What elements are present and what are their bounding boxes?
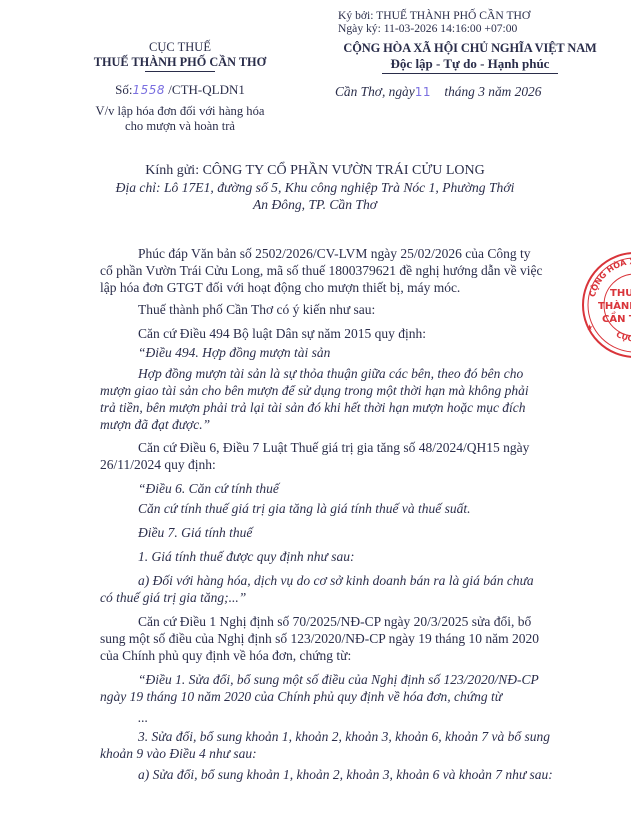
date-suffix: tháng 3 năm 2026 <box>444 84 541 99</box>
subject-line-1: V/v lập hóa đơn đối với hàng hóa <box>60 104 300 119</box>
svg-text:CỤC T: CỤC T <box>615 330 631 344</box>
text-line: 3. Sửa đổi, bổ sung khoản 1, khoản 2, kh… <box>100 728 565 745</box>
svg-text:CẦN THƠ: CẦN THƠ <box>602 311 631 325</box>
text-line: Hợp đồng mượn tài sản là sự thỏa thuận g… <box>100 365 565 382</box>
svg-text:THÀNH PHỐ: THÀNH PHỐ <box>598 297 631 312</box>
paragraph-decree-basis: Căn cứ Điều 1 Nghị định số 70/2025/NĐ-CP… <box>100 613 565 664</box>
seal-icon: CỘNG HÒA X.H. CỤC T THUẾ THÀNH PHỐ CẦN T… <box>580 250 631 360</box>
text-line: có thuế giá trị gia tăng;...” <box>100 589 565 606</box>
text-line: mượn đã đạt được.” <box>100 416 565 433</box>
quote-article-7-clause-1: 1. Giá tính thuế được quy định như sau: <box>100 548 565 565</box>
text-line: Phúc đáp Văn bản số 2502/2026/CV-LVM ngà… <box>100 245 565 262</box>
text-line: trả tiền, bên mượn phải trả lại tài sản … <box>100 399 565 416</box>
address-line-1: Địa chỉ: Lô 17E1, đường số 5, Khu công n… <box>85 179 545 196</box>
text-line: của Chính phủ quy định về hóa đơn, chứng… <box>100 647 565 664</box>
text-line: “Điều 6. Căn cứ tính thuế <box>100 480 565 497</box>
document-subject: V/v lập hóa đơn đối với hàng hóa cho mượ… <box>60 104 300 134</box>
text-line: khoản 9 vào Điều 4 như sau: <box>100 745 565 762</box>
paragraph-civil-code-basis: Căn cứ Điều 494 Bộ luật Dân sự năm 2015 … <box>100 325 565 342</box>
handwritten-number: 1558 <box>133 83 166 97</box>
agency-divider <box>145 71 215 72</box>
text-line: a) Sửa đổi, bổ sung khoản 1, khoản 2, kh… <box>100 766 565 783</box>
subject-line-2: cho mượn và hoàn trả <box>60 119 300 134</box>
address-line-2: An Đông, TP. Cần Thơ <box>85 196 545 213</box>
handwritten-day: 11 <box>415 85 431 99</box>
parent-agency: CỤC THUẾ <box>60 40 300 55</box>
text-line: mượn giao tài sản cho bên mượn để sử dụn… <box>100 382 565 399</box>
motto-underline <box>382 73 558 74</box>
document-number: Số:1558 /CTH-QLDN1 <box>60 82 300 98</box>
text-line: Căn cứ Điều 1 Nghị định số 70/2025/NĐ-CP… <box>100 613 565 630</box>
quote-article-7-title: Điều 7. Giá tính thuế <box>100 524 565 541</box>
text-line: Căn cứ tính thuế giá trị gia tăng là giá… <box>100 500 565 517</box>
place-date: Cần Thơ, ngày11 tháng 3 năm 2026 <box>335 84 541 100</box>
recipient-address: Địa chỉ: Lô 17E1, đường số 5, Khu công n… <box>85 179 545 213</box>
quote-article-6-title: “Điều 6. Căn cứ tính thuế <box>100 480 565 497</box>
place-prefix: Cần Thơ, ngày <box>335 84 415 99</box>
signed-date: Ngày ký: 11-03-2026 14:16:00 +07:00 <box>338 22 530 35</box>
paragraph-opinion-intro: Thuế thành phố Cần Thơ có ý kiến như sau… <box>100 301 565 318</box>
text-line: Căn cứ Điều 6, Điều 7 Luật Thuế giá trị … <box>100 439 565 456</box>
quote-article-494-body: Hợp đồng mượn tài sản là sự thỏa thuận g… <box>100 365 565 433</box>
text-line: “Điều 494. Hợp đồng mượn tài sản <box>100 344 565 361</box>
nation-header: CỘNG HÒA XÃ HỘI CHỦ NGHĨA VIỆT NAM Độc l… <box>310 41 630 74</box>
text-line: lập hóa đơn GTGT đối với hoạt động cho m… <box>100 279 565 296</box>
quote-article-6-body: Căn cứ tính thuế giá trị gia tăng là giá… <box>100 500 565 517</box>
text-line: Điều 7. Giá tính thuế <box>100 524 565 541</box>
document-number-suffix: /CTH-QLDN1 <box>168 82 245 97</box>
document-number-prefix: Số: <box>115 82 132 97</box>
quote-decree-clause-3a: a) Sửa đổi, bổ sung khoản 1, khoản 2, kh… <box>100 766 565 783</box>
agency-header: CỤC THUẾ THUẾ THÀNH PHỐ CẦN THƠ Số:1558 … <box>60 40 300 134</box>
paragraph-reply: Phúc đáp Văn bản số 2502/2026/CV-LVM ngà… <box>100 245 565 296</box>
text-line: sung một số điều của Nghị định số 123/20… <box>100 630 565 647</box>
nation-motto: Độc lập - Tự do - Hạnh phúc <box>310 56 630 72</box>
svg-text:★: ★ <box>586 323 593 332</box>
paragraph-vat-law-basis: Căn cứ Điều 6, Điều 7 Luật Thuế giá trị … <box>100 439 565 473</box>
nation-title: CỘNG HÒA XÃ HỘI CHỦ NGHĨA VIỆT NAM <box>310 41 630 56</box>
text-line: “Điều 1. Sửa đổi, bổ sung một số điều củ… <box>100 671 565 688</box>
text-line: Căn cứ Điều 494 Bộ luật Dân sự năm 2015 … <box>100 325 565 342</box>
svg-text:THUẾ: THUẾ <box>610 284 631 299</box>
quote-article-494-title: “Điều 494. Hợp đồng mượn tài sản <box>100 344 565 361</box>
text-line: ... <box>100 709 565 726</box>
text-line: 1. Giá tính thuế được quy định như sau: <box>100 548 565 565</box>
text-line: a) Đối với hàng hóa, dịch vụ do cơ sở ki… <box>100 572 565 589</box>
quote-decree-article-1: “Điều 1. Sửa đổi, bổ sung một số điều củ… <box>100 671 565 705</box>
text-line: cổ phần Vườn Trái Cửu Long, mã số thuế 1… <box>100 262 565 279</box>
quote-decree-clause-3: 3. Sửa đổi, bổ sung khoản 1, khoản 2, kh… <box>100 728 565 762</box>
text-line: Thuế thành phố Cần Thơ có ý kiến như sau… <box>100 301 565 318</box>
signed-by: Ký bởi: THUẾ THÀNH PHỐ CẦN THƠ <box>338 9 530 22</box>
quote-ellipsis: ... <box>100 709 565 726</box>
agency-name: THUẾ THÀNH PHỐ CẦN THƠ <box>60 55 300 69</box>
recipient-line: Kính gửi: CÔNG TY CỔ PHẦN VƯỜN TRÁI CỬU … <box>90 163 540 179</box>
text-line: ngày 19 tháng 10 năm 2020 của Chính phủ … <box>100 688 565 705</box>
digital-signature-block: Ký bởi: THUẾ THÀNH PHỐ CẦN THƠ Ngày ký: … <box>338 9 530 35</box>
quote-article-7-clause-a: a) Đối với hàng hóa, dịch vụ do cơ sở ki… <box>100 572 565 606</box>
text-line: 26/11/2024 quy định: <box>100 456 565 473</box>
official-seal-stamp: CỘNG HÒA X.H. CỤC T THUẾ THÀNH PHỐ CẦN T… <box>580 250 631 360</box>
